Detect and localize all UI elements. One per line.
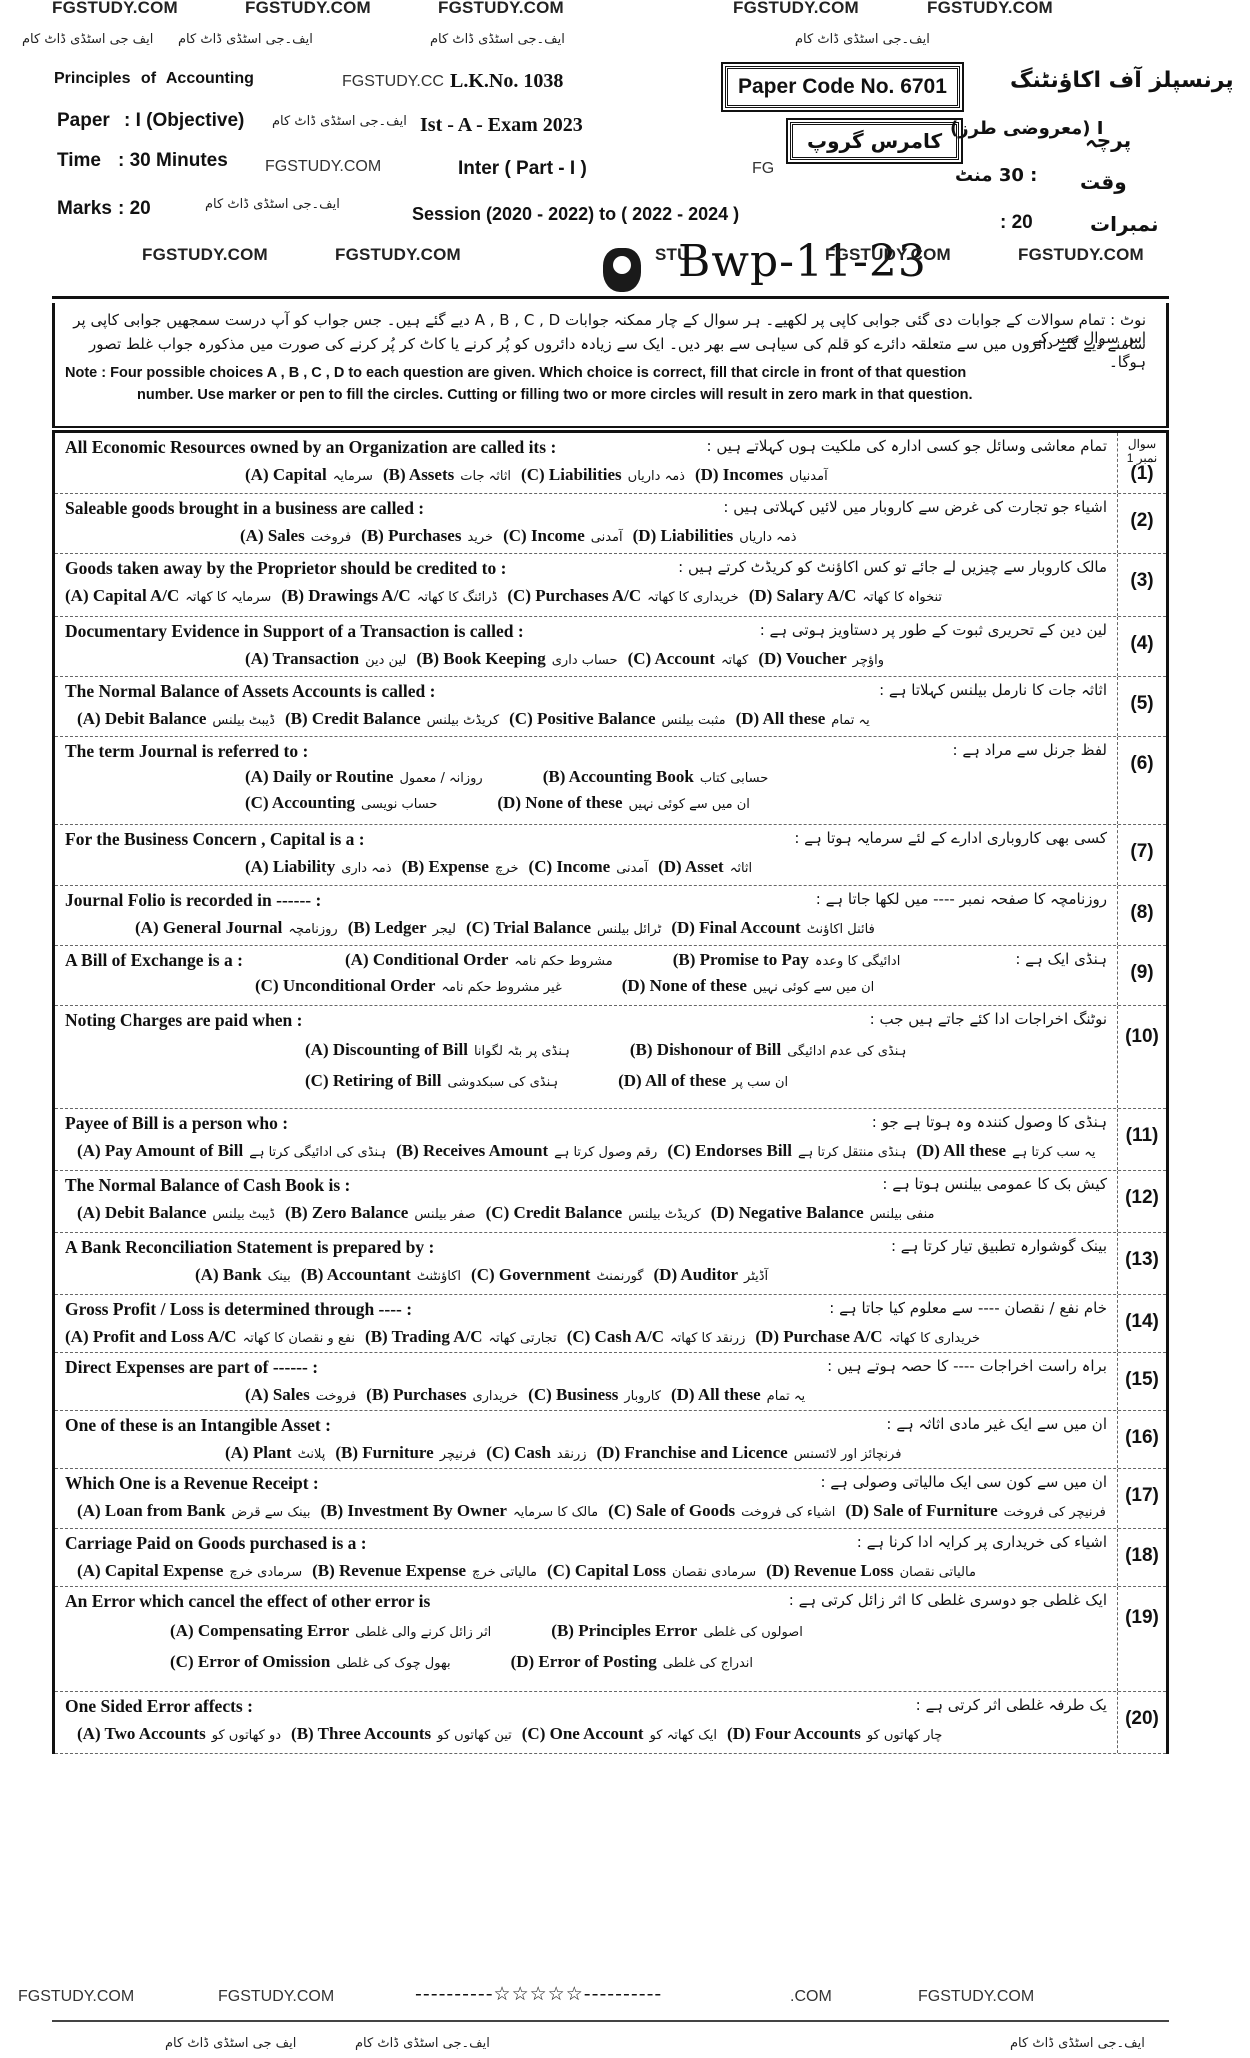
watermark-urdu: ایف۔جی اسٹڈی ڈاٹ کام [355, 2036, 490, 2051]
watermark-text: FGSTUDY.COM [245, 0, 371, 18]
watermark-urdu: ایف۔جی اسٹڈی ڈاٹ کام [178, 32, 313, 47]
question-number: (14) [1118, 1311, 1166, 1333]
option-label-urdu: لین دین [365, 653, 406, 668]
answer-option: (A) Salesفروخت [240, 526, 351, 546]
option-label-urdu: یہ تمام [767, 1389, 806, 1404]
question-body: The Normal Balance of Assets Accounts is… [55, 677, 1118, 736]
option-label-urdu: گورنمنٹ [596, 1269, 643, 1284]
answer-option: (C) Accountکھاتہ [628, 649, 749, 669]
question-text-urdu: مالک کاروبار سے چیزیں لے جائے تو کس اکاؤ… [678, 558, 1107, 576]
question-text-english: Which One is a Revenue Receipt : [65, 1473, 319, 1494]
option-label-urdu: اشیاء کی فروخت [741, 1505, 835, 1520]
option-label-urdu: آمدنی [616, 861, 648, 876]
option-label-urdu: اندراج کی غلطی [663, 1656, 753, 1671]
option-label-english: (D) Revenue Loss [766, 1561, 894, 1580]
answer-option: (C) Purchases A/Cخریداری کا کھاتہ [507, 586, 738, 606]
option-label-urdu: صفر بیلنس [414, 1207, 475, 1222]
option-label-urdu: زرنقد کا کھاتہ [670, 1331, 745, 1346]
options-line: (A) Discounting of Billہنڈی پر بٹہ لگوان… [305, 1040, 966, 1060]
option-label-english: (C) Accounting [245, 793, 355, 812]
option-label-urdu: مشروط حکم نامہ [514, 954, 612, 969]
question-row: An Error which cancel the effect of othe… [55, 1587, 1166, 1692]
option-label-urdu: ہنڈی پر بٹہ لگوانا [474, 1044, 570, 1059]
option-label-urdu: پلانٹ [298, 1447, 326, 1462]
option-label-english: (C) Income [503, 526, 585, 545]
question-row: The term Journal is referred to :لفظ جرن… [55, 737, 1166, 825]
watermark-text: FGSTUDY.COM [1018, 245, 1144, 265]
option-label-urdu: سرمایہ کا کھاتہ [185, 590, 271, 605]
answer-option: (A) Transactionلین دین [245, 649, 406, 669]
exam-title: Ist - A - Exam 2023 [420, 114, 583, 137]
options-line: (A) Liabilityذمہ داری(B) Expenseخرچ(C) I… [245, 857, 762, 877]
option-label-urdu: سرمایہ [333, 469, 373, 484]
answer-option: (B) Ledgerلیجر [348, 918, 456, 938]
answer-option: (D) Four Accountsچار کھاتوں کو [727, 1724, 942, 1744]
watermark-urdu: ایف۔جی اسٹڈی ڈاٹ کام [430, 32, 565, 47]
option-label-english: (C) Retiring of Bill [305, 1071, 441, 1090]
option-label-english: (B) Furniture [335, 1443, 433, 1462]
option-label-urdu: دو کھاتوں کو [212, 1728, 281, 1743]
answer-option: (B) Accounting Bookحسابی کتاب [543, 767, 769, 787]
options-line: (A) Salesفروخت(B) Purchasesخرید(C) Incom… [240, 526, 807, 546]
option-label-english: (D) All these [671, 1385, 761, 1404]
answer-option: (A) Conditional Orderمشروط حکم نامہ [345, 950, 613, 970]
time-label-urdu: وقت [1080, 170, 1127, 194]
option-label-urdu: ڈرائنگ کا کھاتہ [417, 590, 498, 605]
option-label-english: (B) Principles Error [551, 1621, 697, 1640]
question-text-urdu: خام نفع / نقصان ---- سے معلوم کیا جاتا ہ… [829, 1299, 1107, 1317]
option-label-urdu: بینک [268, 1269, 291, 1284]
question-text-urdu: اشیاء جو تجارت کی غرض سے کاروبار میں لائ… [723, 498, 1107, 516]
answer-option: (B) Expenseخرچ [402, 857, 519, 877]
question-row: Which One is a Revenue Receipt :ان میں س… [55, 1469, 1166, 1529]
question-row: Carriage Paid on Goods purchased is a :ا… [55, 1529, 1166, 1587]
option-label-urdu: حساب نویسی [361, 797, 437, 812]
watermark-urdu: ایف۔جی اسٹڈی ڈاٹ کام [205, 197, 340, 212]
option-label-english: (D) Error of Posting [511, 1652, 657, 1671]
option-label-english: (A) Capital A/C [65, 586, 179, 605]
question-row: Payee of Bill is a person who :ہنڈی کا و… [55, 1109, 1166, 1171]
subject-title-urdu: پرنسپلز آف اکاؤنٹنگ [1010, 68, 1234, 93]
answer-option: (B) Drawings A/Cڈرائنگ کا کھاتہ [281, 586, 497, 606]
answer-option: (A) Discounting of Billہنڈی پر بٹہ لگوان… [305, 1040, 570, 1060]
option-label-urdu: کریڈٹ بیلنس [427, 713, 500, 728]
answer-option: (B) Receives Amountرقم وصول کرتا ہے [396, 1141, 657, 1161]
question-text-english: Direct Expenses are part of ------ : [65, 1357, 318, 1378]
question-text-english: Carriage Paid on Goods purchased is a : [65, 1533, 367, 1554]
option-label-english: (D) None of these [497, 793, 622, 812]
option-label-english: (D) All these [736, 709, 826, 728]
answer-option: (C) Error of Omissionبھول چوک کی غلطی [170, 1652, 451, 1672]
question-text-english: The term Journal is referred to : [65, 741, 308, 762]
question-number-cell: (2) [1118, 494, 1166, 553]
question-text-urdu: ہنڈی ایک ہے : [1015, 950, 1107, 968]
question-text-english: Gross Profit / Loss is determined throug… [65, 1299, 412, 1320]
question-text-english: A Bill of Exchange is a : [65, 950, 243, 971]
option-label-english: (B) Drawings A/C [281, 586, 410, 605]
answer-option: (C) Incomeآمدنی [529, 857, 649, 877]
answer-option: (B) Accountantاکاؤنٹنٹ [301, 1265, 461, 1285]
question-number: (15) [1118, 1369, 1166, 1391]
paper-code-box: Paper Code No. 6701 [725, 66, 960, 108]
question-row: A Bank Reconciliation Statement is prepa… [55, 1233, 1166, 1295]
option-label-english: (D) Franchise and Licence [597, 1443, 788, 1462]
answer-option: (A) Bankبینک [195, 1265, 291, 1285]
option-label-english: (A) General Journal [135, 918, 282, 937]
question-text-english: One of these is an Intangible Asset : [65, 1415, 331, 1436]
option-label-urdu: مالیاتی خرچ [472, 1565, 537, 1580]
answer-option: (B) Trading A/Cتجارتی کھاتہ [365, 1327, 557, 1347]
option-label-english: (B) Accounting Book [543, 767, 694, 786]
question-row: Documentary Evidence in Support of a Tra… [55, 617, 1166, 677]
option-label-english: (A) Transaction [245, 649, 359, 668]
option-label-english: (D) Purchase A/C [755, 1327, 882, 1346]
option-label-urdu: یہ سب کرتا ہے [1012, 1145, 1095, 1160]
question-text-english: All Economic Resources owned by an Organ… [65, 437, 556, 458]
option-label-english: (D) Sale of Furniture [845, 1501, 997, 1520]
answer-option: (A) Plantپلانٹ [225, 1443, 325, 1463]
option-label-urdu: خریداری کا کھاتہ [647, 590, 739, 605]
option-label-english: (D) Salary A/C [749, 586, 857, 605]
option-label-english: (A) Debit Balance [77, 1203, 206, 1222]
question-text-urdu: روزنامچہ کا صفحہ نمبر ---- میں لکھا جاتا… [816, 890, 1107, 908]
answer-option: (B) Zero Balanceصفر بیلنس [285, 1203, 476, 1223]
question-body: One Sided Error affects :یک طرفہ غلطی اث… [55, 1692, 1118, 1753]
option-label-urdu: ذمہ داریاں [739, 530, 796, 545]
question-text-urdu: نوٹنگ اخراجات ادا کئے جاتے ہیں جب : [870, 1010, 1107, 1028]
option-label-urdu: آمدنی [591, 530, 623, 545]
answer-option: (A) Debit Balanceڈیبٹ بیلنس [77, 709, 275, 729]
question-body: Goods taken away by the Proprietor shoul… [55, 554, 1118, 616]
option-label-english: (D) All these [916, 1141, 1006, 1160]
option-label-english: (D) Four Accounts [727, 1724, 861, 1743]
option-label-english: (D) Negative Balance [711, 1203, 864, 1222]
option-label-english: (B) Zero Balance [285, 1203, 408, 1222]
option-label-english: (D) None of these [622, 976, 747, 995]
answer-option: (A) Loan from Bankبینک سے قرض [77, 1501, 310, 1521]
question-body: Carriage Paid on Goods purchased is a :ا… [55, 1529, 1118, 1586]
options-line: (A) Bankبینک(B) Accountantاکاؤنٹنٹ(C) Go… [195, 1265, 778, 1285]
option-label-urdu: چار کھاتوں کو [867, 1728, 942, 1743]
answer-option: (D) Sale of Furnitureفرنیچر کی فروخت [845, 1501, 1105, 1521]
paper-value: : I (Objective) [124, 110, 244, 132]
instructions-english-line2: number. Use marker or pen to fill the ci… [137, 387, 973, 403]
option-label-english: (A) Debit Balance [77, 709, 206, 728]
options-line: (A) Capital A/Cسرمایہ کا کھاتہ(B) Drawin… [65, 586, 952, 606]
marks-label: Marks [57, 198, 112, 220]
answer-option: (D) Assetاثاثہ [658, 857, 752, 877]
question-text-english: A Bank Reconciliation Statement is prepa… [65, 1237, 434, 1258]
answer-option: (C) Trial Balanceٹرائل بیلنس [466, 918, 661, 938]
option-label-english: (A) Daily or Routine [245, 767, 393, 786]
option-label-urdu: خرید [467, 530, 493, 545]
question-row: A Bill of Exchange is a :ہنڈی ایک ہے :(A… [55, 946, 1166, 1006]
question-row: Noting Charges are paid when :نوٹنگ اخرا… [55, 1006, 1166, 1109]
answer-option: (C) Credit Balanceکریڈٹ بیلنس [486, 1203, 701, 1223]
option-label-english: (A) Bank [195, 1265, 262, 1284]
question-text-urdu: ایک غلطی جو دوسری غلطی کا اثر زائل کرتی … [789, 1591, 1107, 1609]
questions-table: All Economic Resources owned by an Organ… [52, 430, 1169, 1754]
option-label-english: (C) Positive Balance [509, 709, 655, 728]
option-label-english: (B) Ledger [348, 918, 427, 937]
answer-option: (B) Furnitureفرنیچر [335, 1443, 476, 1463]
marks-label-urdu: نمبرات [1090, 212, 1158, 236]
options-line: (C) Retiring of Billہنڈی کی سبکدوشی(D) A… [305, 1071, 848, 1091]
option-label-urdu: خریداری [472, 1389, 518, 1404]
question-text-english: Saleable goods brought in a business are… [65, 498, 424, 519]
option-label-urdu: ادائیگی کا وعدہ [815, 954, 900, 969]
answer-option: (C) Unconditional Orderغیر مشروط حکم نام… [255, 976, 562, 996]
answer-option: (B) Investment By Ownerمالک کا سرمایہ [320, 1501, 598, 1521]
answer-option: (B) Purchasesخرید [361, 526, 493, 546]
answer-option: (D) None of theseان میں سے کوئی نہیں [622, 976, 875, 996]
option-label-urdu: ذمہ داری [341, 861, 391, 876]
question-text-urdu: بینک گوشوارہ تطبیق تیار کرتا ہے : [891, 1237, 1107, 1255]
option-label-urdu: حساب داری [552, 653, 618, 668]
option-label-urdu: فائنل اکاؤنٹ [807, 922, 875, 937]
watermark-text: FGSTUDY.COM [18, 1988, 134, 2006]
answer-option: (C) Cash A/Cزرنقد کا کھاتہ [567, 1327, 746, 1347]
question-number: (18) [1118, 1545, 1166, 1567]
option-label-urdu: ان میں سے کوئی نہیں [629, 797, 750, 812]
option-label-urdu: سرمادی خرچ [229, 1565, 302, 1580]
watermark-text: FGSTUDY.COM [733, 0, 859, 18]
option-label-english: (A) Loan from Bank [77, 1501, 225, 1520]
option-label-urdu: کھاتہ [721, 653, 748, 668]
option-label-english: (C) Credit Balance [486, 1203, 623, 1222]
question-number: (20) [1118, 1708, 1166, 1730]
answer-option: (A) Capitalسرمایہ [245, 465, 373, 485]
option-label-english: (A) Conditional Order [345, 950, 508, 969]
option-label-urdu: ایک کھاتہ کو [650, 1728, 717, 1743]
question-text-urdu: اشیاء کی خریداری پر کرایہ ادا کرنا ہے : [857, 1533, 1107, 1551]
level-text: Inter ( Part - I ) [458, 158, 587, 180]
option-label-english: (A) Discounting of Bill [305, 1040, 468, 1059]
answer-option: (D) Auditorآڈیٹر [654, 1265, 769, 1285]
answer-option: (A) Pay Amount of Billہنڈی کی ادائیگی کر… [77, 1141, 386, 1161]
option-label-english: (B) Expense [402, 857, 489, 876]
answer-option: (C) Businessکاروبار [528, 1385, 661, 1405]
answer-option: (A) Daily or Routineروزانہ / معمول [245, 767, 483, 787]
answer-option: (C) Liabilitiesذمہ داریاں [521, 465, 685, 485]
option-label-english: (A) Liability [245, 857, 335, 876]
option-label-urdu: مالک کا سرمایہ [513, 1505, 598, 1520]
option-label-urdu: یہ تمام [831, 713, 870, 728]
question-text-english: An Error which cancel the effect of othe… [65, 1591, 430, 1612]
question-body: Documentary Evidence in Support of a Tra… [55, 617, 1118, 676]
watermark-text: FGSTUDY.COM [927, 0, 1053, 18]
watermark-text: FGSTUDY.COM [218, 1988, 334, 2006]
answer-option: (D) Revenue Lossمالیاتی نقصان [766, 1561, 976, 1581]
option-label-english: (B) Credit Balance [285, 709, 421, 728]
question-number-cell: (15) [1118, 1353, 1166, 1410]
answer-option: (C) Retiring of Billہنڈی کی سبکدوشی [305, 1071, 558, 1091]
question-text-english: For the Business Concern , Capital is a … [65, 829, 365, 850]
options-line: (A) Capitalسرمایہ(B) Assetsاثاثہ جات(C) … [245, 465, 838, 485]
answer-option: (C) Governmentگورنمنٹ [471, 1265, 643, 1285]
option-label-urdu: بینک سے قرض [231, 1505, 310, 1520]
options-line: (A) Plantپلانٹ(B) Furnitureفرنیچر(C) Cas… [225, 1443, 911, 1463]
options-line: (A) Two Accountsدو کھاتوں کو(B) Three Ac… [77, 1724, 952, 1744]
watermark-text: FGSTUDY.CC [342, 73, 444, 91]
end-of-paper-stars: ----------☆☆☆☆☆---------- [415, 1983, 662, 2005]
question-number: (6) [1118, 753, 1166, 775]
option-label-english: (A) Sales [240, 526, 305, 545]
option-label-urdu: فرنچائز اور لائسنس [794, 1447, 902, 1462]
options-line: (A) Daily or Routineروزانہ / معمول(B) Ac… [245, 767, 828, 787]
option-label-english: (C) Account [628, 649, 715, 668]
option-label-english: (B) Investment By Owner [320, 1501, 507, 1520]
options-line: (A) Profit and Loss A/Cنفع و نقصان کا کھ… [65, 1327, 990, 1347]
option-label-english: (D) Voucher [758, 649, 846, 668]
paper-label-urdu: پرچہ [1085, 128, 1131, 152]
option-label-english: (C) Business [528, 1385, 618, 1404]
question-number-cell: (8) [1118, 886, 1166, 945]
watermark-text: FGSTUDY.COM [918, 1988, 1034, 2006]
option-label-urdu: فرنیچر [440, 1447, 477, 1462]
question-number: (13) [1118, 1249, 1166, 1271]
option-label-english: (D) Final Account [671, 918, 800, 937]
question-text-english: The Normal Balance of Assets Accounts is… [65, 681, 435, 702]
option-label-english: (D) Liabilities [633, 526, 734, 545]
question-number: (8) [1118, 902, 1166, 924]
board-logo-icon [603, 248, 641, 292]
option-label-urdu: تنخواہ کا کھاتہ [862, 590, 942, 605]
answer-option: (C) Endorses Billہنڈی منتقل کرتا ہے [667, 1141, 906, 1161]
answer-option: (D) Franchise and Licenceفرنچائز اور لائ… [597, 1443, 902, 1463]
question-body: Journal Folio is recorded in ------ :روز… [55, 886, 1118, 945]
question-number-cell: (16) [1118, 1411, 1166, 1468]
question-body: All Economic Resources owned by an Organ… [55, 433, 1118, 493]
question-body: Direct Expenses are part of ------ :براہ… [55, 1353, 1118, 1410]
answer-option: (A) General Journalروزنامچہ [135, 918, 338, 938]
options-line: (A) Debit Balanceڈیبٹ بیلنس(B) Credit Ba… [77, 709, 880, 729]
option-label-urdu: لیجر [433, 922, 456, 937]
option-label-english: (A) Compensating Error [170, 1621, 349, 1640]
option-label-urdu: آمدنیاں [789, 469, 827, 484]
question-row: All Economic Resources owned by an Organ… [55, 433, 1166, 494]
watermark-text: FGSTUDY.COM [438, 0, 564, 18]
option-label-english: (C) Trial Balance [466, 918, 591, 937]
option-label-urdu: واؤچر [853, 653, 884, 668]
question-row: Journal Folio is recorded in ------ :روز… [55, 886, 1166, 946]
answer-option: (D) Salary A/Cتنخواہ کا کھاتہ [749, 586, 942, 606]
option-label-english: (B) Dishonour of Bill [630, 1040, 781, 1059]
option-label-english: (B) Purchases [361, 526, 461, 545]
question-number: (2) [1118, 510, 1166, 532]
question-text-urdu: ان میں سے کون سی ایک مالیاتی وصولی ہے : [820, 1473, 1107, 1491]
watermark-urdu: ایف۔جی اسٹڈی ڈاٹ کام [795, 32, 930, 47]
option-label-urdu: ہنڈی کی ادائیگی کرتا ہے [249, 1145, 386, 1160]
option-label-urdu: ٹرائل بیلنس [597, 922, 661, 937]
option-label-english: (B) Trading A/C [365, 1327, 482, 1346]
option-label-urdu: خریداری کا کھاتہ [889, 1331, 981, 1346]
answer-option: (D) Liabilitiesذمہ داریاں [633, 526, 797, 546]
question-row: The Normal Balance of Cash Book is :کیش … [55, 1171, 1166, 1233]
option-label-urdu: ہنڈی کی سبکدوشی [447, 1075, 558, 1090]
options-line: (A) Salesفروخت(B) Purchasesخریداری(C) Bu… [245, 1385, 815, 1405]
question-header-urdu: سوال نمبر 1 [1118, 437, 1166, 465]
paper-value-urdu: I (معروضی طرز) [950, 118, 1104, 139]
question-number-cell: (6) [1118, 737, 1166, 824]
option-label-english: (A) Two Accounts [77, 1724, 206, 1743]
answer-option: (D) All theseیہ سب کرتا ہے [916, 1141, 1095, 1161]
watermark-text: FGSTUDY.COM [825, 245, 951, 265]
answer-option: (B) Principles Errorاصولوں کی غلطی [551, 1621, 803, 1641]
option-label-english: (B) Accountant [301, 1265, 411, 1284]
option-label-urdu: ڈیبٹ بیلنس [212, 713, 275, 728]
instructions-english-line1: Note : Four possible choices A , B , C ,… [65, 365, 966, 381]
question-row: Direct Expenses are part of ------ :براہ… [55, 1353, 1166, 1411]
option-label-english: (D) Auditor [654, 1265, 739, 1284]
answer-option: (B) Revenue Expenseمالیاتی خرچ [312, 1561, 537, 1581]
options-line: (A) Compensating Errorاثر زائل کرنے والی… [170, 1621, 863, 1641]
answer-option: (D) Error of Postingاندراج کی غلطی [511, 1652, 753, 1672]
option-label-english: (C) Liabilities [521, 465, 622, 484]
option-label-urdu: روزنامچہ [288, 922, 337, 937]
question-number: (1) [1118, 463, 1166, 485]
question-number: (11) [1118, 1125, 1166, 1147]
answer-option: (B) Purchasesخریداری [366, 1385, 518, 1405]
option-label-urdu: بھول چوک کی غلطی [336, 1656, 450, 1671]
question-row: One Sided Error affects :یک طرفہ غلطی اث… [55, 1692, 1166, 1754]
answer-option: (D) All of theseان سب پر [618, 1071, 788, 1091]
options-line: (A) General Journalروزنامچہ(B) Ledgerلیج… [135, 918, 885, 938]
question-body: Payee of Bill is a person who :ہنڈی کا و… [55, 1109, 1118, 1170]
question-number: (9) [1118, 962, 1166, 984]
answer-option: (A) Salesفروخت [245, 1385, 356, 1405]
question-number-cell: (20) [1118, 1692, 1166, 1753]
option-label-english: (C) Income [529, 857, 611, 876]
options-line: (A) Pay Amount of Billہنڈی کی ادائیگی کر… [77, 1141, 1106, 1161]
option-label-english: (B) Purchases [366, 1385, 466, 1404]
question-number-cell: (14) [1118, 1295, 1166, 1352]
watermark-text: FG [752, 160, 774, 178]
question-text-urdu: ان میں سے ایک غیر مادی اثاثہ ہے : [886, 1415, 1107, 1433]
answer-option: (D) Negative Balanceمنفی بیلنس [711, 1203, 935, 1223]
option-label-english: (B) Receives Amount [396, 1141, 548, 1160]
paper-label: Paper [57, 110, 110, 132]
lk-number: L.K.No. 1038 [450, 70, 563, 93]
question-number-cell: (10) [1118, 1006, 1166, 1108]
option-label-english: (C) Error of Omission [170, 1652, 330, 1671]
option-label-urdu: رقم وصول کرتا ہے [554, 1145, 657, 1160]
question-text-urdu: تمام معاشی وسائل جو کسی ادارہ کی ملکیت ہ… [707, 437, 1107, 455]
answer-option: (C) Cashزرنقد [486, 1443, 586, 1463]
group-box: کامرس گروپ [790, 122, 959, 160]
question-text-urdu: یک طرفہ غلطی اثر کرتی ہے : [916, 1696, 1107, 1714]
answer-option: (C) Sale of Goodsاشیاء کی فروخت [608, 1501, 835, 1521]
option-label-urdu: اثر زائل کرنے والی غلطی [355, 1625, 491, 1640]
option-label-urdu: ہنڈی منتقل کرتا ہے [798, 1145, 906, 1160]
question-text-urdu: اثاثہ جات کا نارمل بیلنس کہلاتا ہے : [879, 681, 1107, 699]
option-label-urdu: مثبت بیلنس [662, 713, 726, 728]
answer-option: (D) None of theseان میں سے کوئی نہیں [497, 793, 750, 813]
question-text-english: Journal Folio is recorded in ------ : [65, 890, 321, 911]
question-body: The Normal Balance of Cash Book is :کیش … [55, 1171, 1118, 1232]
option-label-urdu: سرمادی نقصان [672, 1565, 756, 1580]
question-number: (16) [1118, 1427, 1166, 1449]
option-label-english: (C) Government [471, 1265, 590, 1284]
option-label-english: (C) Endorses Bill [667, 1141, 792, 1160]
option-label-english: (C) Sale of Goods [608, 1501, 735, 1520]
question-body: Which One is a Revenue Receipt :ان میں س… [55, 1469, 1118, 1528]
subject-title: Principles of Accounting [54, 70, 254, 88]
question-number: (5) [1118, 693, 1166, 715]
option-label-urdu: آڈیٹر [744, 1269, 768, 1284]
header-divider [52, 296, 1169, 299]
time-label: Time [57, 150, 101, 172]
